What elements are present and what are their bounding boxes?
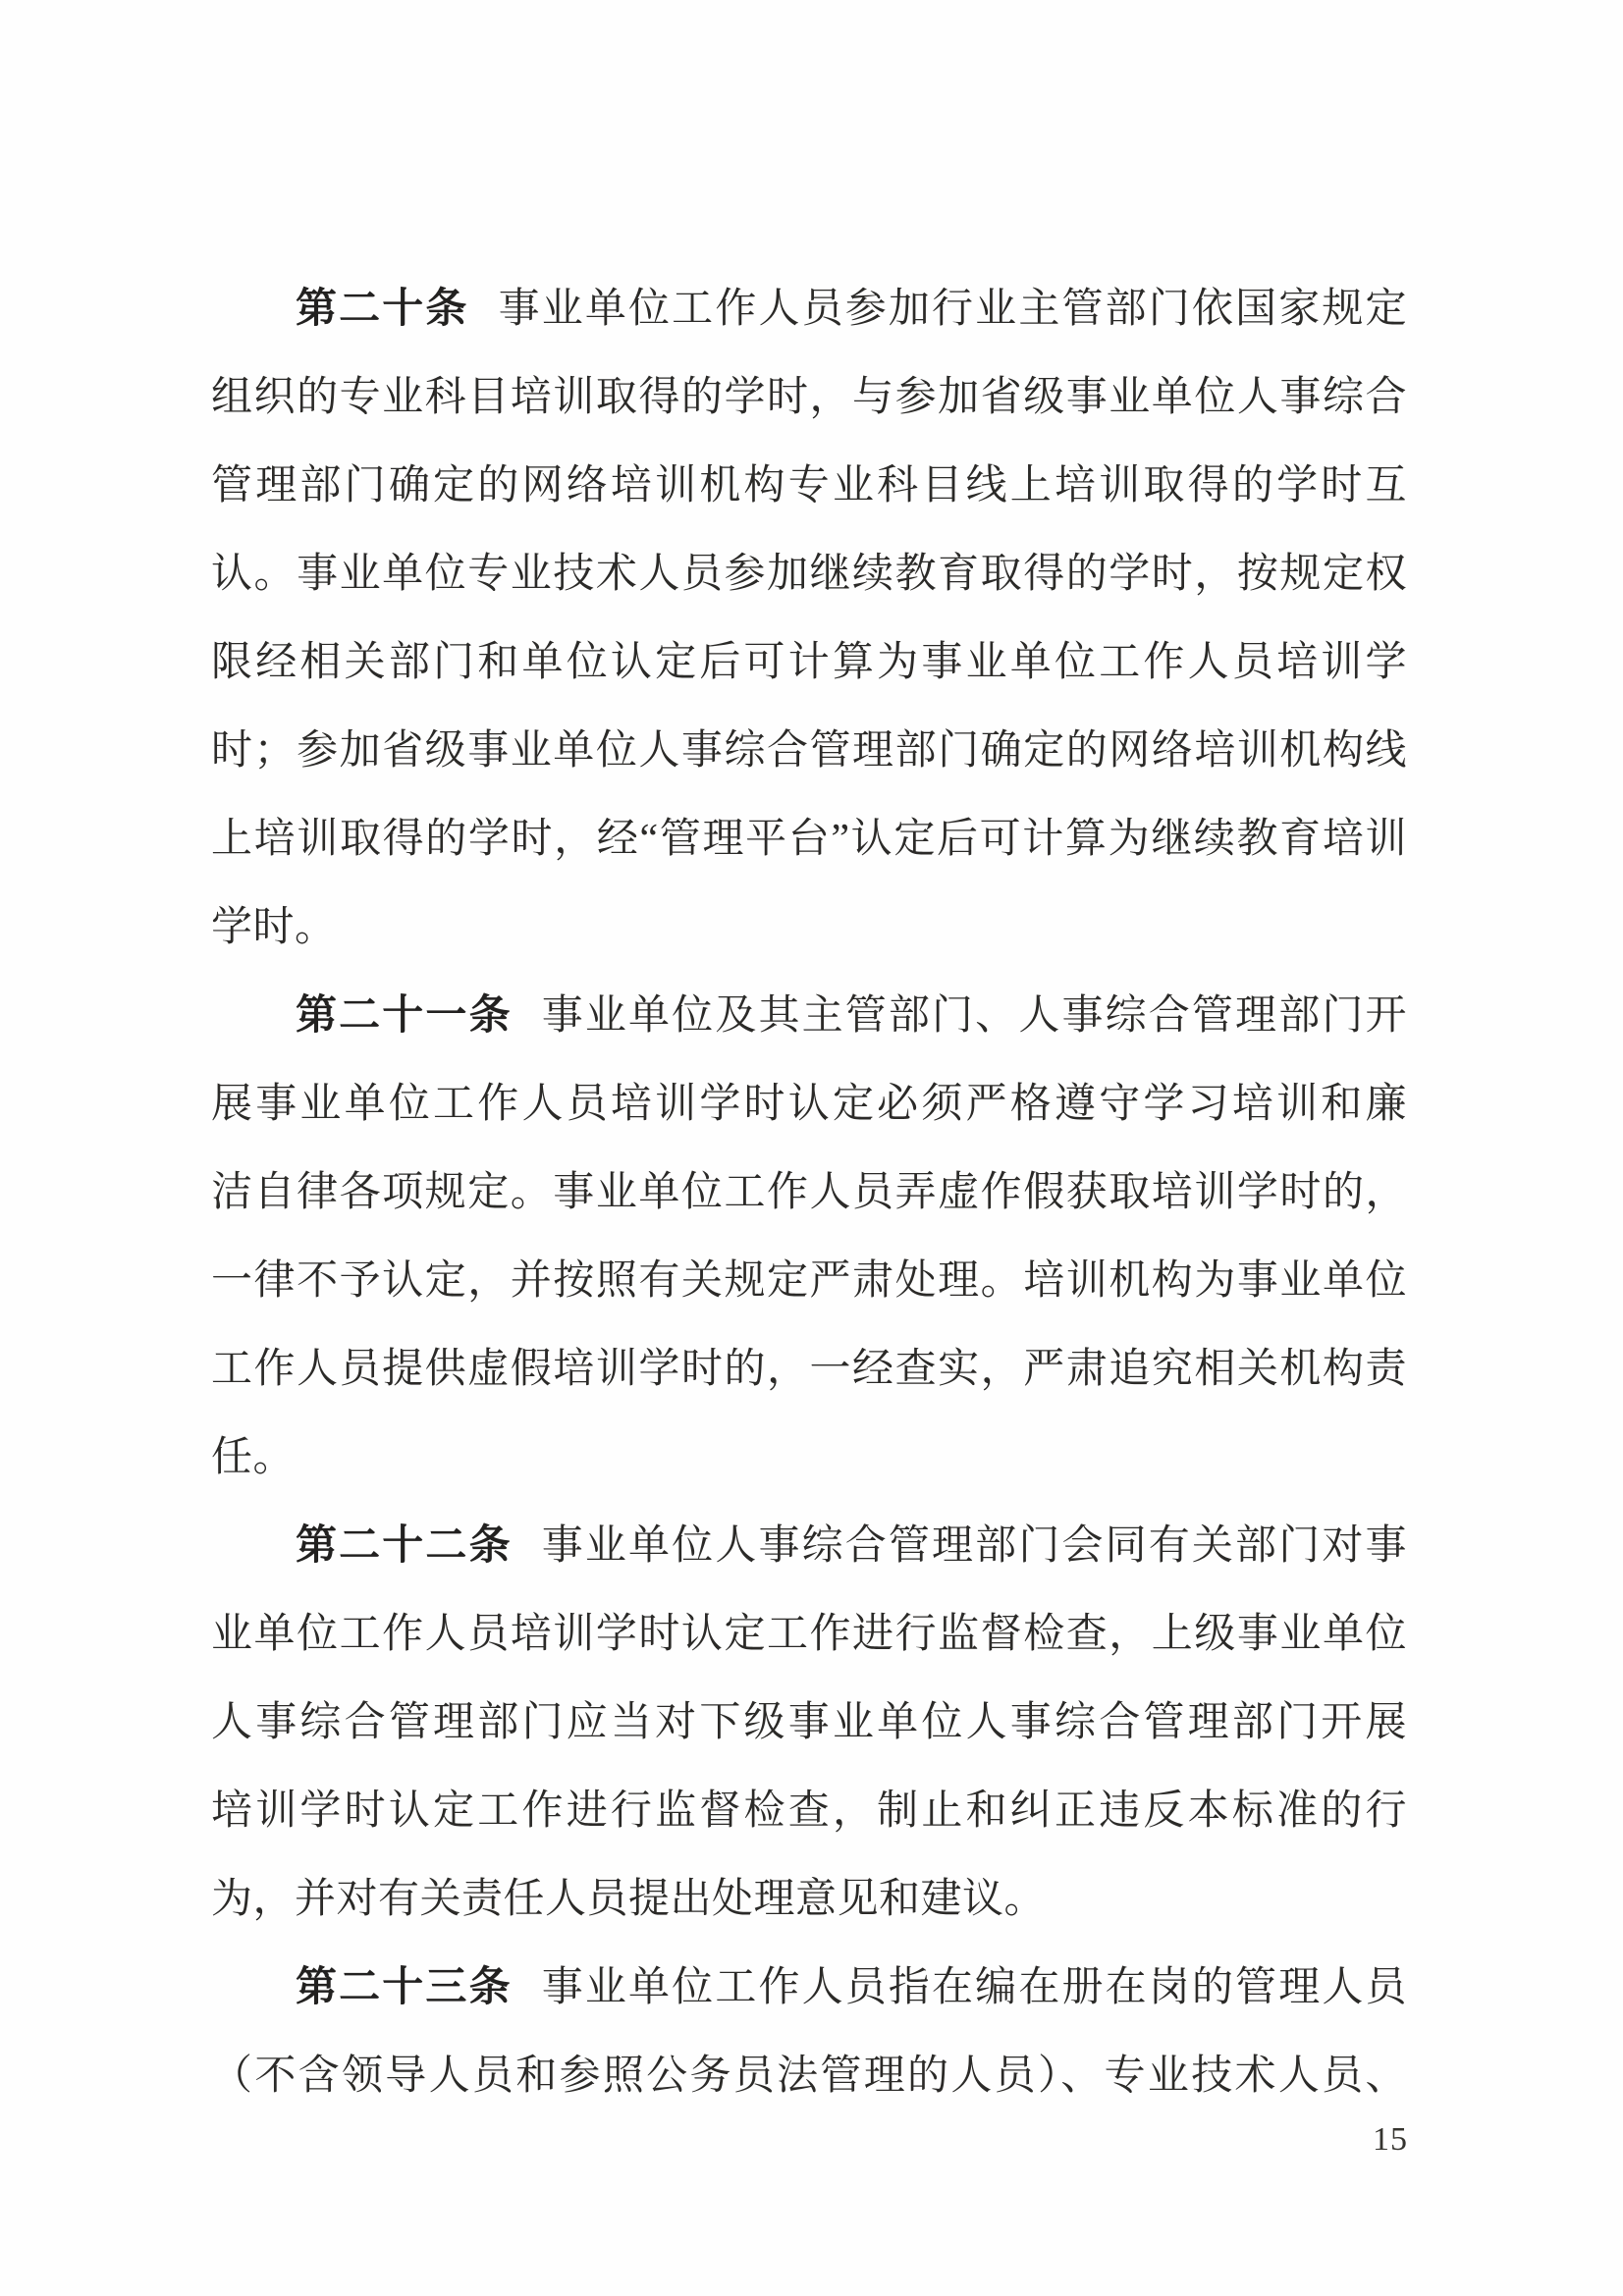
text-line: 组织的专业科目培训取得的学时，与参加省级事业单位人事综合 — [211, 353, 1407, 442]
text-line: 业单位工作人员培训学时认定工作进行监督检查，上级事业单位 — [211, 1590, 1407, 1679]
text-line: 管理部门确定的网络培训机构专业科目线上培训取得的学时互 — [211, 442, 1407, 530]
text-line: 培训学时认定工作进行监督检查，制止和纠正违反本标准的行 — [211, 1767, 1407, 1855]
first-line-text: 事业单位及其主管部门、人事综合管理部门开 — [542, 993, 1407, 1039]
text-line: 工作人员提供虚假培训学时的，一经查实，严肃追究相关机构责 — [211, 1325, 1407, 1414]
text-line: 认。事业单位专业技术人员参加继续教育取得的学时，按规定权 — [211, 530, 1407, 618]
document-page: 第二十条事业单位工作人员参加行业主管部门依国家规定组织的专业科目培训取得的学时，… — [0, 0, 1623, 2296]
first-line-text: 事业单位工作人员参加行业主管部门依国家规定 — [499, 287, 1407, 332]
text-line: 时；参加省级事业单位人事综合管理部门确定的网络培训机构线 — [211, 707, 1407, 795]
paragraph-1: 第二十条事业单位工作人员参加行业主管部门依国家规定组织的专业科目培训取得的学时，… — [211, 265, 1407, 972]
article-number-heading: 第二十二条 — [296, 1523, 513, 1569]
paragraph-4: 第二十三条事业单位工作人员指在编在册在岗的管理人员（不含领导人员和参照公务员法管… — [211, 1944, 1407, 2120]
first-line-text: 事业单位人事综合管理部门会同有关部门对事 — [542, 1523, 1407, 1569]
first-line-text: 事业单位工作人员指在编在册在岗的管理人员 — [542, 1965, 1407, 2010]
text-line: 第二十一条事业单位及其主管部门、人事综合管理部门开 — [211, 972, 1407, 1060]
text-line: 学时。 — [211, 883, 1407, 972]
text-line: 一律不予认定，并按照有关规定严肃处理。培训机构为事业单位 — [211, 1237, 1407, 1325]
text-line: 洁自律各项规定。事业单位工作人员弄虚作假获取培训学时的， — [211, 1148, 1407, 1237]
text-line: 任。 — [211, 1414, 1407, 1502]
text-line: 第二十三条事业单位工作人员指在编在册在岗的管理人员 — [211, 1944, 1407, 2032]
article-number-heading: 第二十三条 — [296, 1965, 513, 2010]
text-line: 限经相关部门和单位认定后可计算为事业单位工作人员培训学 — [211, 618, 1407, 707]
article-number-heading: 第二十一条 — [296, 993, 513, 1039]
article-number-heading: 第二十条 — [296, 287, 469, 332]
text-line: 人事综合管理部门应当对下级事业单位人事综合管理部门开展 — [211, 1679, 1407, 1767]
page-number: 15 — [1373, 2120, 1408, 2160]
paragraph-3: 第二十二条事业单位人事综合管理部门会同有关部门对事业单位工作人员培训学时认定工作… — [211, 1502, 1407, 1944]
text-line: 上培训取得的学时，经“管理平台”认定后可计算为继续教育培训 — [211, 795, 1407, 883]
document-text: 第二十条事业单位工作人员参加行业主管部门依国家规定组织的专业科目培训取得的学时，… — [211, 265, 1407, 2120]
text-line: 为，并对有关责任人员提出处理意见和建议。 — [211, 1855, 1407, 1944]
text-line: 展事业单位工作人员培训学时认定必须严格遵守学习培训和廉 — [211, 1060, 1407, 1148]
text-line: 第二十二条事业单位人事综合管理部门会同有关部门对事 — [211, 1502, 1407, 1590]
paragraph-2: 第二十一条事业单位及其主管部门、人事综合管理部门开展事业单位工作人员培训学时认定… — [211, 972, 1407, 1502]
text-line: 第二十条事业单位工作人员参加行业主管部门依国家规定 — [211, 265, 1407, 353]
text-line: （不含领导人员和参照公务员法管理的人员）、专业技术人员、 — [211, 2032, 1407, 2120]
